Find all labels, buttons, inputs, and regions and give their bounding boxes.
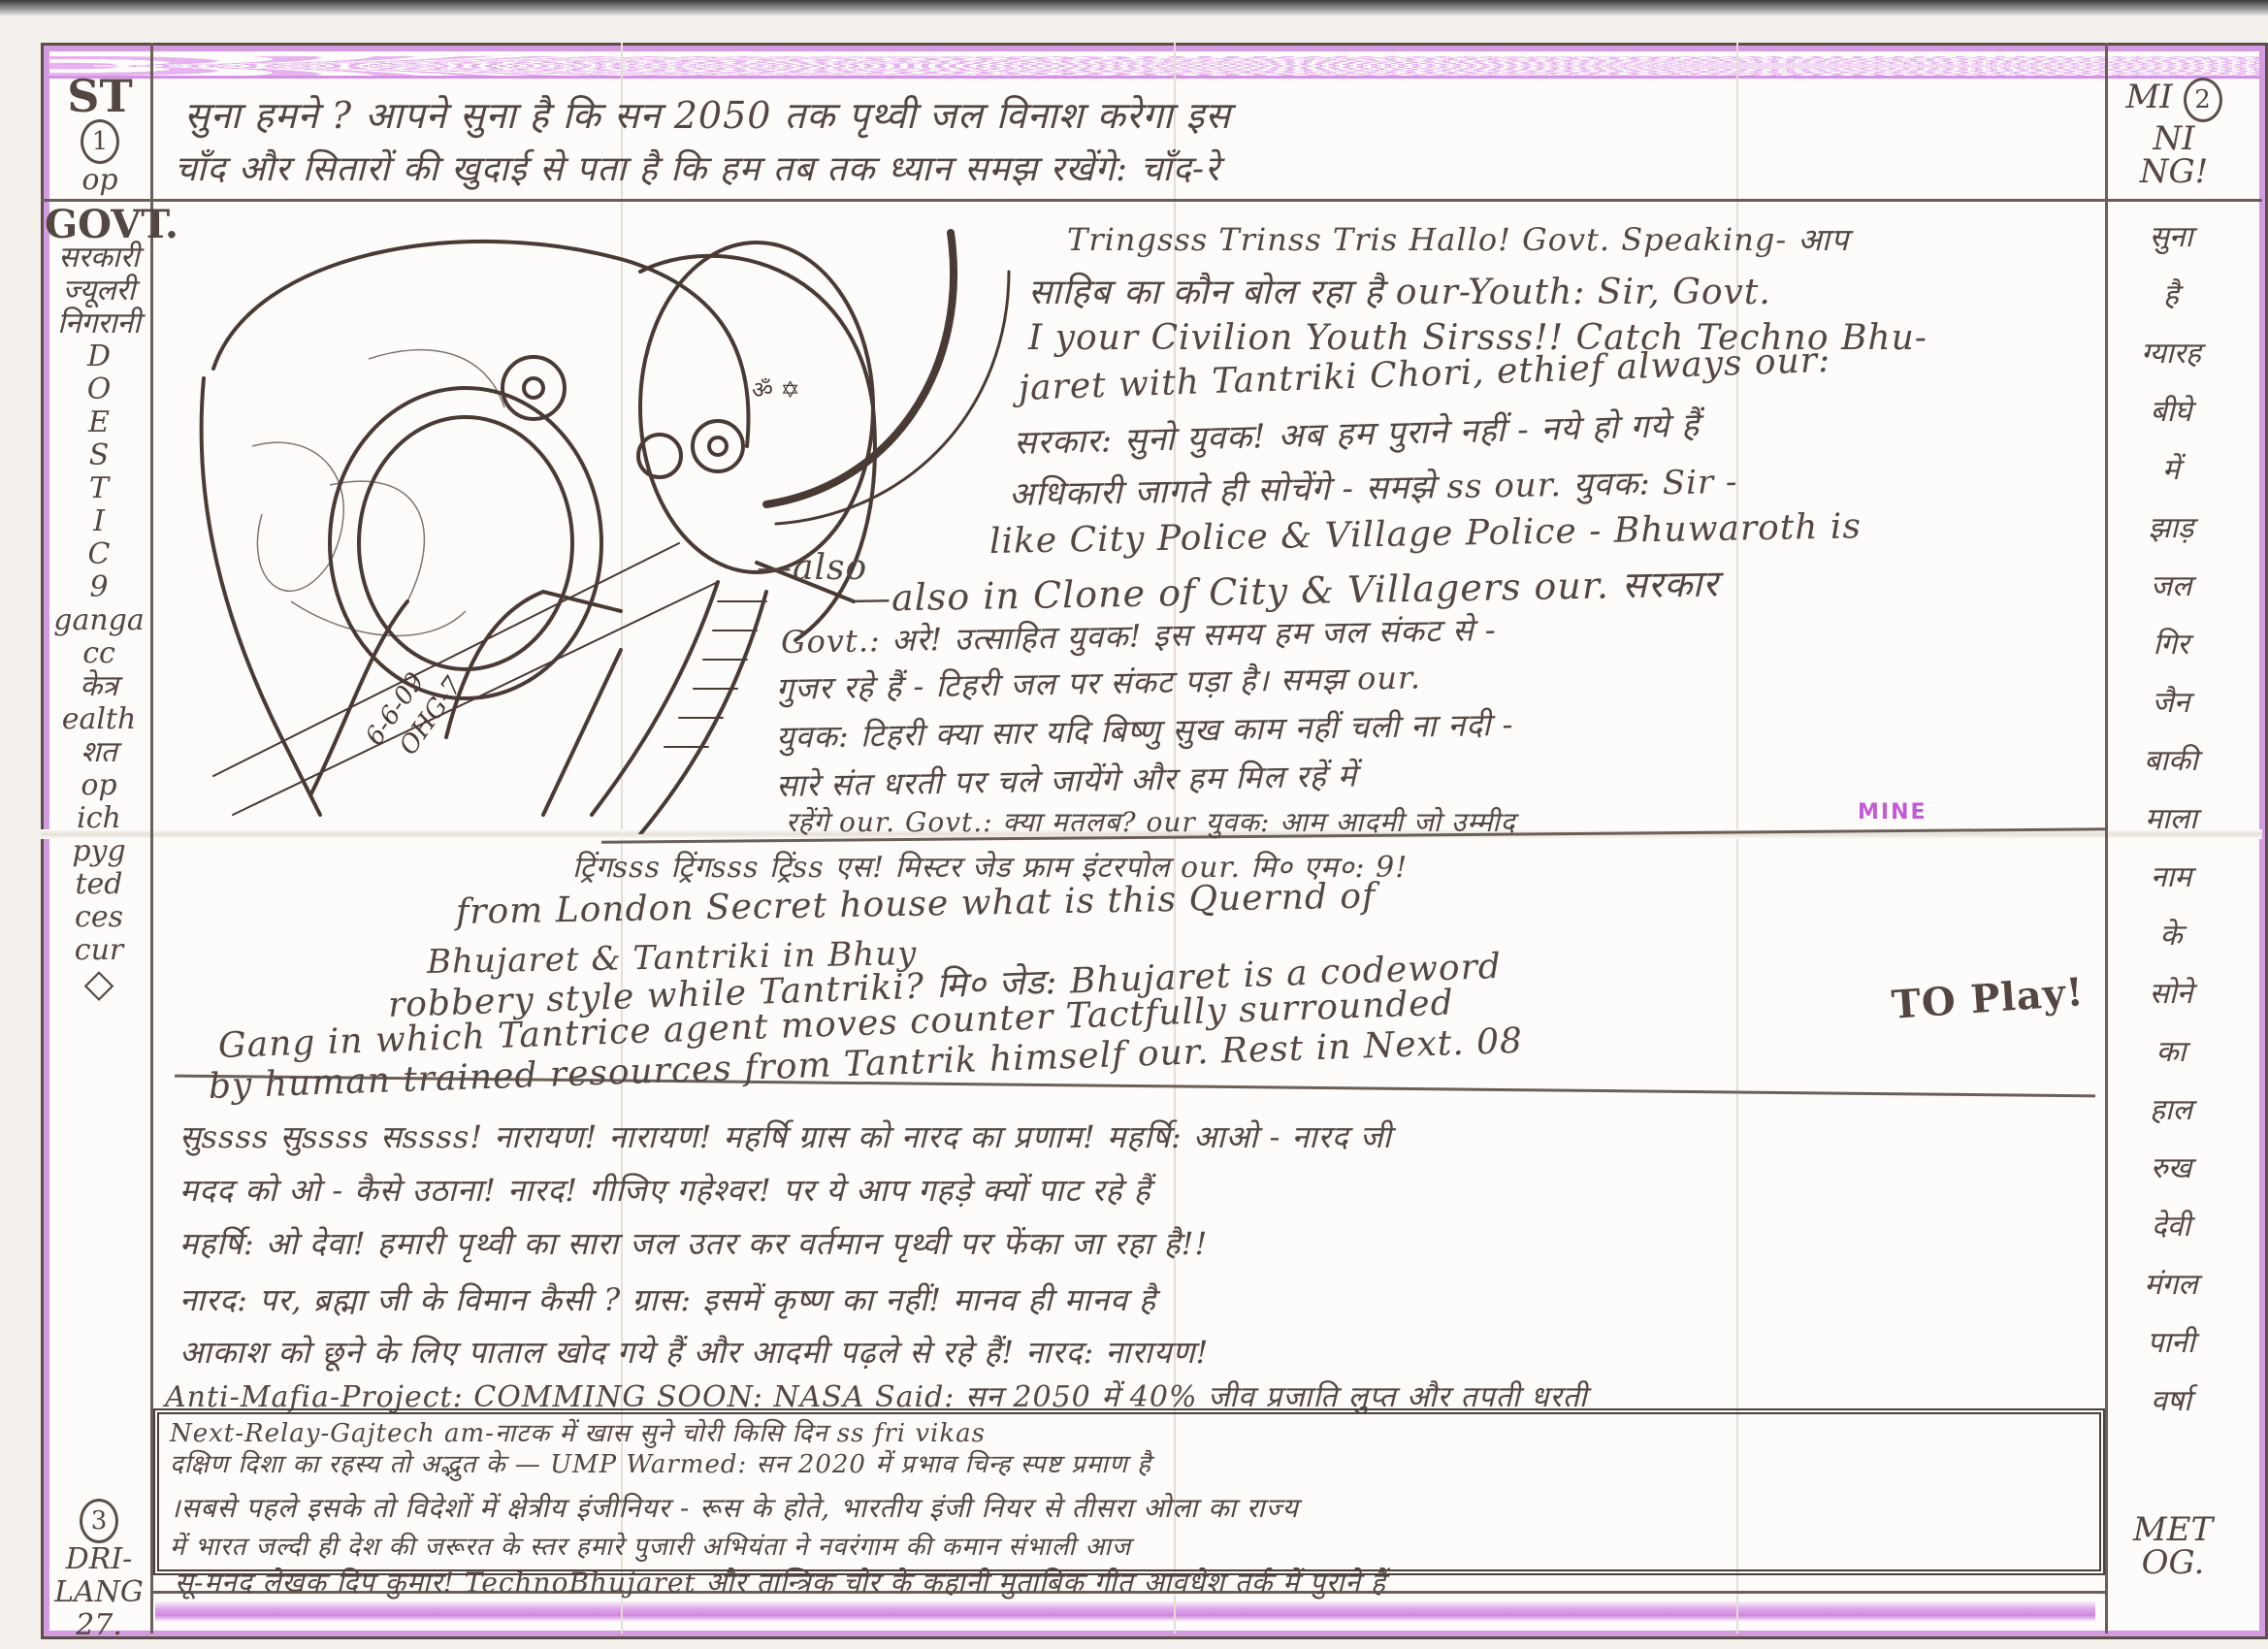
govt-label: GOVT.: [45, 209, 153, 242]
mine-stamp: MINE: [1858, 800, 1928, 824]
boxed-line: Next-Relay-Gajtech am-नाटक में खास सुने …: [170, 1414, 986, 1449]
left-note: निगरानी: [45, 307, 153, 340]
boxed-line: ।सबसे पहले इसके तो विदेशों में क्षेत्रीय…: [170, 1489, 1299, 1526]
right-note: देवी: [2113, 1198, 2229, 1256]
left-note: D: [45, 340, 153, 373]
og-label: OG.: [2115, 1546, 2231, 1579]
right-note: माला: [2113, 791, 2229, 849]
section-number-1: 1: [81, 119, 119, 164]
mi-label: MI: [2125, 78, 2172, 116]
section-number-3: 3: [80, 1499, 118, 1543]
narad-line: आकाश को छूने के लिए पाताल खोद गये हैं और…: [179, 1331, 1209, 1373]
left-note: 9: [45, 571, 153, 604]
left-note: ealth: [45, 703, 153, 736]
op-label: op: [47, 164, 153, 197]
bottom-pink-border: [155, 1600, 2095, 1622]
right-note: के: [2113, 907, 2229, 965]
right-note: मंगल: [2113, 1256, 2229, 1314]
left-column-body: GOVT. सरकारी ज्यूलरी निगरानी D O E S T I…: [45, 209, 153, 1000]
right-note: बाकी: [2113, 732, 2229, 791]
left-note: ज्यूलरी: [45, 275, 153, 307]
lang-label: LANG: [45, 1576, 153, 1609]
svg-text:ॐ ✡: ॐ ✡: [752, 376, 800, 404]
diamond-icon: ◇: [45, 967, 153, 1000]
left-note: शत: [45, 736, 153, 769]
right-note: में: [2113, 441, 2229, 500]
narad-line: सुssss सुssss सssss! नारायण! नारायण! महर…: [179, 1115, 1392, 1157]
right-column-rule: [2105, 43, 2108, 1633]
left-note: op: [45, 769, 153, 802]
right-note: रुख: [2113, 1140, 2229, 1198]
left-note: ted: [45, 868, 153, 901]
right-note: वर्षा: [2113, 1373, 2229, 1431]
left-note: pyg: [45, 835, 153, 868]
left-note: ich: [45, 802, 153, 835]
right-note: सुना: [2113, 209, 2229, 267]
section-number-2: 2: [2184, 78, 2222, 122]
left-note: E: [45, 406, 153, 439]
right-note: ग्यारह: [2113, 325, 2229, 383]
right-note: पानी: [2113, 1314, 2229, 1373]
right-note: झाड़: [2113, 500, 2229, 558]
left-note: I: [45, 505, 153, 538]
dialog-line: साहिब का कौन बोल रहा है our-Youth: Sir, …: [1028, 267, 1771, 314]
author-footer-line: सू-मनद लेखक दिप कुमार! TechnoBhujaret और…: [175, 1564, 1386, 1600]
right-note: बीघे: [2113, 383, 2229, 441]
page-number: 27.: [45, 1609, 153, 1642]
left-note: केत्र: [45, 670, 153, 703]
right-note: का: [2113, 1023, 2229, 1082]
right-note: नाम: [2113, 849, 2229, 907]
header-line: चाँद और सितारों की खुदाई से पता है कि हम…: [175, 144, 1220, 191]
left-column-footer: 3 DRI- LANG 27.: [45, 1499, 153, 1642]
boxed-line: में भारत जल्दी ही देश की जरूरत के स्तर ह…: [170, 1528, 1131, 1563]
boxed-line: दक्षिण दिशा का रहस्य तो अद्भुत के — UMP …: [170, 1445, 1151, 1480]
right-column-header: MI 2 NI NG!: [2111, 78, 2237, 188]
left-note: cc: [45, 637, 153, 670]
ng-label: NG!: [2111, 155, 2237, 188]
header-line: सुना हमने ? आपने सुना है कि सन 2050 तक प…: [184, 89, 1231, 140]
left-note: O: [45, 373, 153, 406]
left-note: ces: [45, 901, 153, 934]
right-note: है: [2113, 267, 2229, 325]
met-label: MET: [2115, 1513, 2231, 1546]
left-note: सरकारी: [45, 242, 153, 275]
st-label: ST: [67, 70, 132, 122]
right-note: जल: [2113, 558, 2229, 616]
right-column-body: सुना है ग्यारह बीघे में झाड़ जल गिर जैन …: [2113, 209, 2229, 1431]
right-note: हाल: [2113, 1082, 2229, 1140]
narad-line: महर्षि: ओ देवा! हमारी पृथ्वी का सारा जल …: [179, 1222, 1208, 1264]
narad-line: मदद को ओ - कैसे उठाना! नारद! गीजिए गहेश्…: [179, 1169, 1151, 1211]
left-note: ganga: [45, 604, 153, 637]
also-note: —also: [757, 548, 867, 588]
narad-line: नारद: पर, ब्रह्मा जी के विमान कैसी ? ग्र…: [179, 1278, 1156, 1320]
scanner-edge: [0, 0, 2268, 16]
dri-label: DRI-: [45, 1543, 153, 1576]
left-note: C: [45, 538, 153, 571]
dialog-line: Tringsss Trinss Tris Hallo! Govt. Speaki…: [1067, 218, 1849, 260]
left-note: T: [45, 472, 153, 505]
ni-label: NI: [2111, 122, 2237, 155]
right-note: सोने: [2113, 965, 2229, 1023]
right-note: जैन: [2113, 674, 2229, 732]
left-note: S: [45, 439, 153, 472]
top-pink-border: [49, 56, 2260, 79]
right-column-footer: MET OG.: [2115, 1513, 2231, 1579]
right-note: गिर: [2113, 616, 2229, 674]
left-column-header: ST 1 op: [47, 80, 153, 197]
dialog-line: रहेंगे our. Govt.: क्या मतलब? our युवक: …: [786, 803, 1515, 840]
